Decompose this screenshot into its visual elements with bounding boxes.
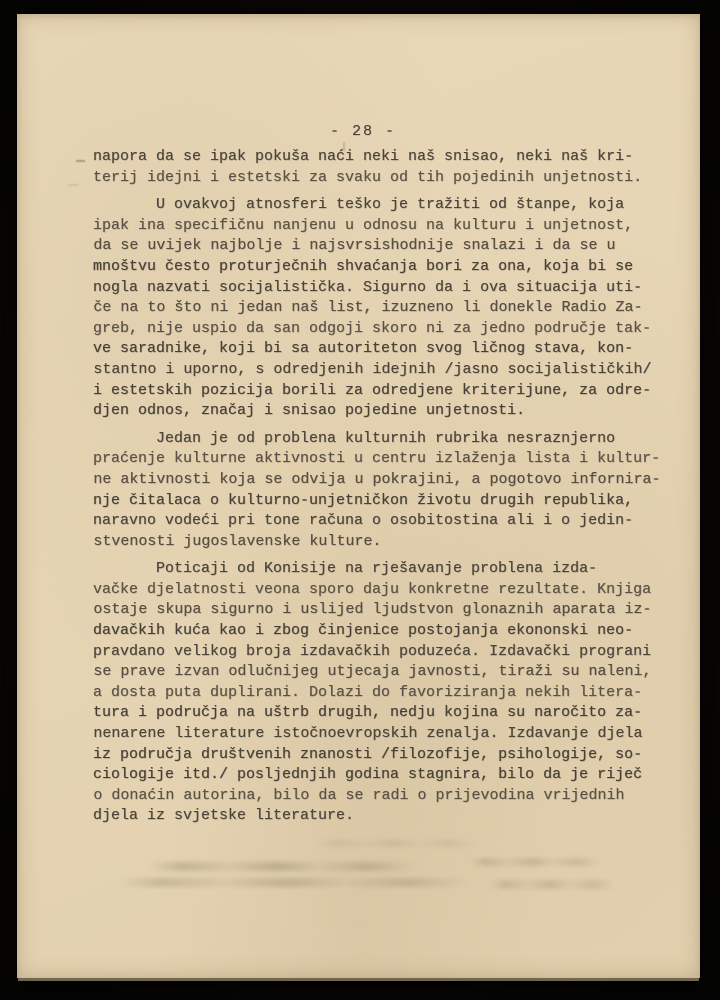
margin-mark — [76, 160, 85, 162]
text-line: napora da se ipak pokuša naći neki naš s… — [93, 147, 678, 168]
text-line: iz područja društvenih znanosti /filozof… — [93, 745, 678, 766]
text-line: stvenosti jugoslavenske kulture. — [93, 532, 678, 553]
text-line: ne aktivnosti koja se odvija u pokrajini… — [93, 470, 678, 491]
text-line: djen odnos, značaj i snisao pojedine unj… — [93, 401, 678, 422]
paragraph: Jedan je od problena kulturnih rubrika n… — [93, 429, 678, 553]
paragraph: Poticaji od Konisije na rješavanje probl… — [93, 559, 678, 827]
document-page: - 28 - napora da se ipak pokuša naći nek… — [17, 14, 700, 978]
text-line: terij idejni i estetski za svaku od tih … — [93, 168, 678, 189]
text-line: se prave izvan odlučnijeg utjecaja javno… — [93, 662, 678, 683]
text-line: nje čitalaca o kulturno-unjetničkon živo… — [93, 491, 678, 512]
text-line: praćenje kulturne aktivnosti u centru iz… — [93, 449, 678, 470]
text-line: ipak ina specifičnu nanjenu u odnosu na … — [93, 216, 678, 237]
bleed-through-mark — [150, 862, 415, 871]
text-line: stantno i uporno, s odredjenih idejnih /… — [93, 360, 678, 381]
scan-background: - 28 - napora da se ipak pokuša naći nek… — [0, 0, 720, 1000]
margin-mark — [68, 184, 78, 186]
text-line: tura i područja na uštrb drugih, nedju k… — [93, 703, 678, 724]
text-line: mnoštvu često proturječnih shvaćanja bor… — [93, 257, 678, 278]
text-line: da se uvijek najbolje i najsvrsishodnije… — [93, 236, 678, 257]
paragraph: napora da se ipak pokuša naći neki naš s… — [93, 147, 678, 188]
text-line: nogla nazvati socijalistička. Sigurno da… — [93, 278, 678, 299]
text-line: greb, nije uspio da san odgoji skoro ni … — [93, 319, 678, 340]
text-line: Jedan je od problena kulturnih rubrika n… — [93, 429, 678, 450]
text-line: nenarene literature istočnoevropskih zen… — [93, 724, 678, 745]
text-line: U ovakvoj atnosferi teško je tražiti od … — [93, 195, 678, 216]
bleed-through-mark — [120, 878, 470, 887]
text-line: če na to što ni jedan naš list, izuzneno… — [93, 298, 678, 319]
text-line: vačke djelatnosti veona sporo daju konkr… — [93, 580, 678, 601]
text-line: a dosta puta duplirani. Dolazi do favori… — [93, 683, 678, 704]
paragraph: U ovakvoj atnosferi teško je tražiti od … — [93, 195, 678, 422]
text-line: i estetskih pozicija borili za odredjene… — [93, 381, 678, 402]
text-line: ciologije itd./ posljednjih godina stagn… — [93, 765, 678, 786]
bleed-through-mark — [490, 880, 615, 889]
text-line: djela iz svjetske literature. — [93, 806, 678, 827]
text-line: ostaje skupa sigurno i uslijed ljudstvon… — [93, 600, 678, 621]
text-line: o donaćin autorina, bilo da se radi o pr… — [93, 786, 678, 807]
text-line: pravdano velikog broja izdavačkih poduze… — [93, 642, 678, 663]
page-number: - 28 - — [313, 123, 413, 140]
bleed-through-mark — [317, 840, 477, 847]
document-body: napora da se ipak pokuša naći neki naš s… — [93, 147, 678, 827]
text-line: ve saradnike, koji bi sa autoriteton svo… — [93, 339, 678, 360]
text-line: davačkih kuća kao i zbog činjenice posto… — [93, 621, 678, 642]
bleed-through-mark — [470, 858, 600, 866]
text-line: Poticaji od Konisije na rješavanje probl… — [93, 559, 678, 580]
stray-ink-mark — [343, 142, 345, 151]
text-line: naravno vodeći pri tone računa o osobito… — [93, 511, 678, 532]
